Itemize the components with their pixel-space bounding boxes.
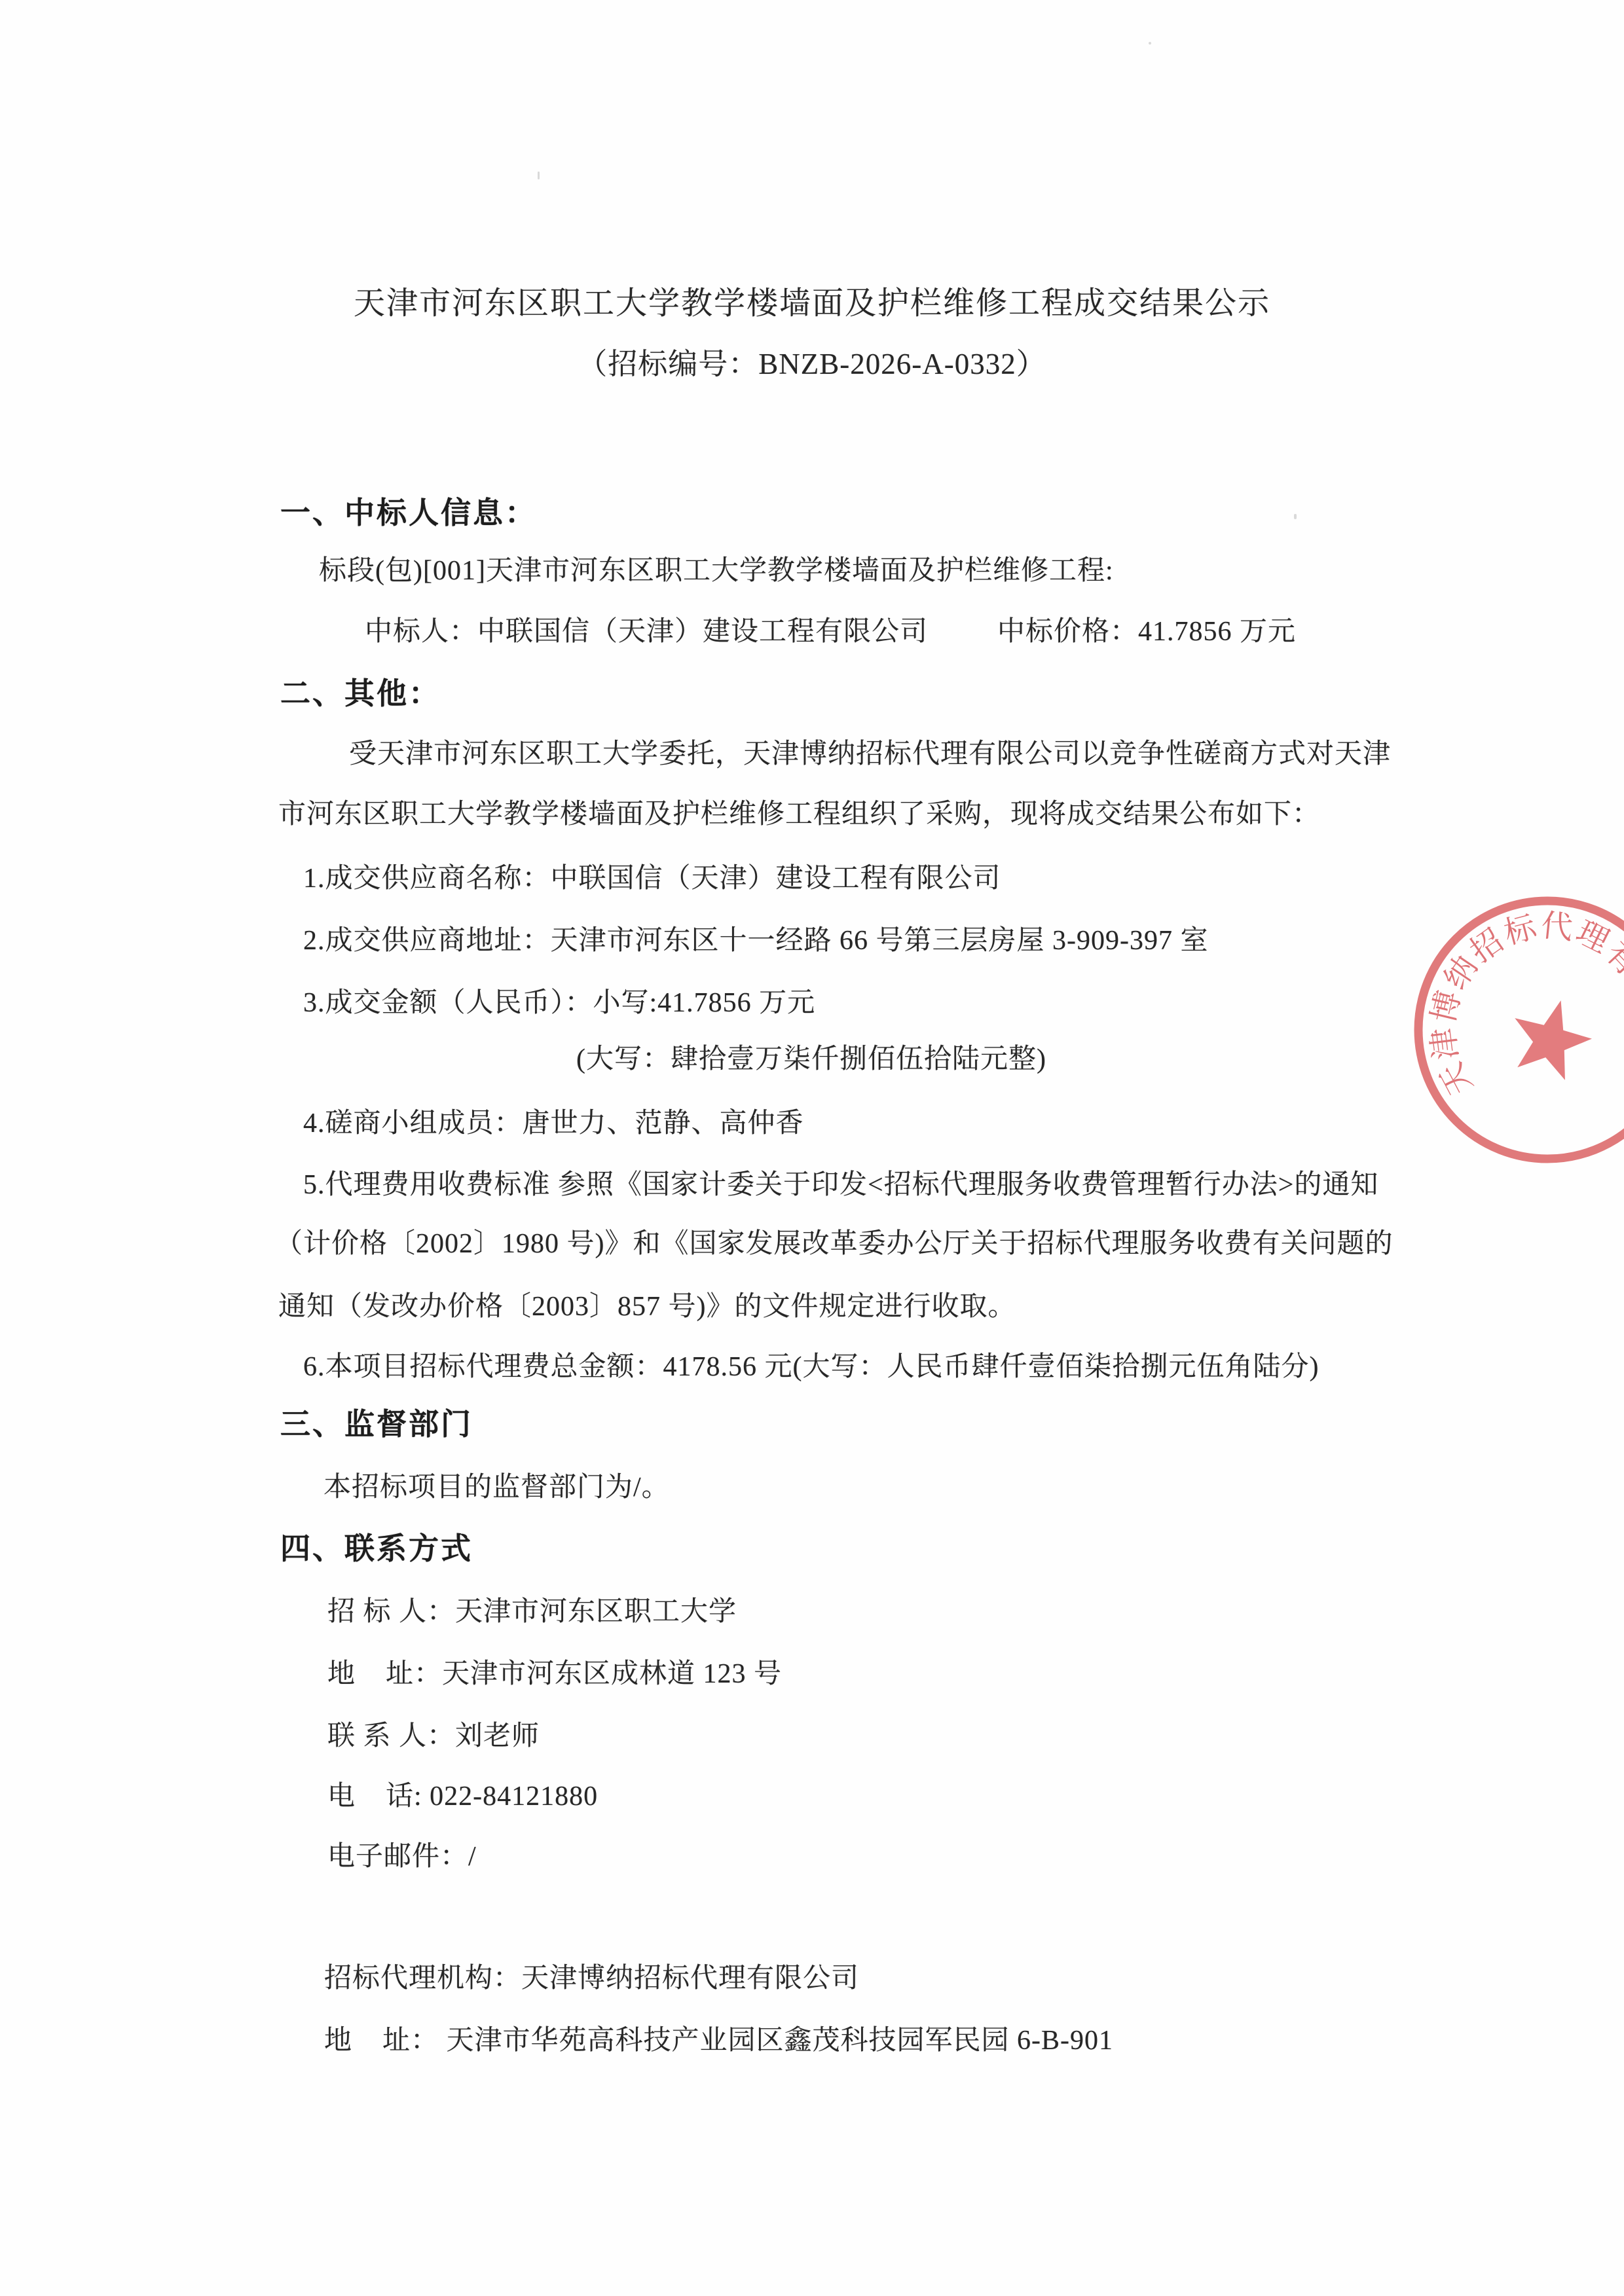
supervision-body: 本招标项目的监督部门为/。: [323, 1472, 670, 1503]
section-heading-contact: 四、联系方式: [280, 1532, 473, 1567]
scan-speck: [538, 172, 540, 179]
contact-person: 联 系 人：刘老师: [327, 1721, 540, 1752]
contact-agency: 招标代理机构：天津博纳招标代理有限公司: [324, 1963, 859, 1994]
section-heading-supervision: 三、监督部门: [280, 1408, 473, 1442]
lot-line: 标段(包)[001]天津市河东区职工大学教学楼墙面及护栏维修工程:: [319, 555, 1114, 587]
winner-name: 中标人：中联国信（天津）建设工程有限公司: [365, 616, 928, 647]
intro-line-2: 市河东区职工大学教学楼墙面及护栏维修工程组织了采购，现将成交结果公布如下：: [278, 799, 1320, 830]
contact-agency-address: 地 址： 天津市华苑高科技产业园区鑫茂科技园军民园 6-B-901: [324, 2025, 1113, 2056]
company-seal-stamp: 天津博纳招标代理有限公司: [1407, 890, 1624, 1172]
item-agency-fee-standard-line-1: 5.代理费用收费标准 参照《国家计委关于印发<招标代理服务收费管理暂行办法>的通…: [303, 1169, 1378, 1201]
item-panel-members: 4.磋商小组成员：唐世力、范静、高仲香: [303, 1108, 804, 1139]
contact-email: 电子邮件：/: [327, 1841, 477, 1872]
contact-tenderer: 招 标 人：天津市河东区职工大学: [327, 1596, 737, 1628]
scan-speck: [1294, 514, 1297, 519]
intro-line-1: 受天津市河东区职工大学委托，天津博纳招标代理有限公司以竞争性磋商方式对天津: [349, 738, 1391, 770]
winner-price: 中标价格：41.7856 万元: [997, 616, 1296, 647]
contact-tenderer-address: 地 址：天津市河东区成林道 123 号: [327, 1658, 782, 1690]
item-agency-fee-standard-line-3: 通知（发改办价格〔2003〕857 号)》的文件规定进行收取。: [278, 1291, 1016, 1322]
seal-star-icon: [1503, 990, 1600, 1084]
contact-phone: 电 话: 022-84121880: [327, 1781, 598, 1812]
tender-number-subtitle: （招标编号：BNZB-2026-A-0332）: [0, 348, 1624, 382]
item-supplier-address: 2.成交供应商地址：天津市河东区十一经路 66 号第三层房屋 3-909-397…: [303, 925, 1208, 957]
item-agency-fee-total: 6.本项目招标代理费总金额：4178.56 元(大写：人民币肆仟壹佰柒拾捌元伍角…: [303, 1351, 1319, 1383]
item-supplier-name: 1.成交供应商名称：中联国信（天津）建设工程有限公司: [303, 863, 1001, 894]
item-amount: 3.成交金额（人民币）：小写:41.7856 万元: [303, 987, 815, 1019]
section-heading-other: 二、其他：: [280, 677, 441, 712]
section-heading-winner-info: 一、中标人信息：: [280, 496, 537, 531]
item-amount-in-words: (大写：肆拾壹万柒仟捌佰伍拾陆元整): [576, 1044, 1046, 1075]
page-title: 天津市河东区职工大学教学楼墙面及护栏维修工程成交结果公示: [0, 285, 1624, 321]
document-page: 天津市河东区职工大学教学楼墙面及护栏维修工程成交结果公示 （招标编号：BNZB-…: [0, 0, 1624, 2296]
item-agency-fee-standard-line-2: （计价格〔2002〕1980 号)》和《国家发展改革委办公厅关于招标代理服务收费…: [275, 1228, 1393, 1260]
scan-speck: [1149, 42, 1151, 45]
